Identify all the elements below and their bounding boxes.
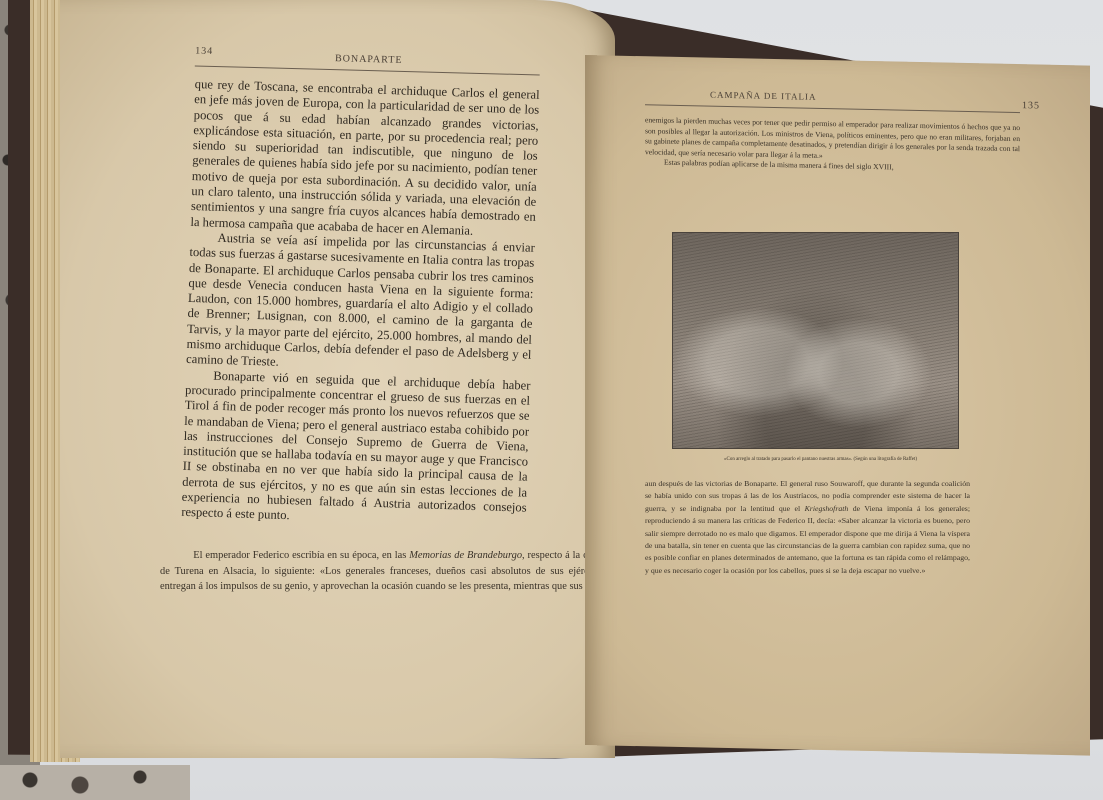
- running-head-title-right: CAMPAÑA DE ITALIA: [710, 90, 816, 102]
- right-page-bottom-text: aun después de las victorias de Bonapart…: [645, 478, 970, 577]
- left-running-head: 134 BONAPARTE: [195, 45, 540, 75]
- right-page-text: enemigos la pierden muchas veces por ten…: [645, 115, 1020, 176]
- left-page-body: 134 BONAPARTE que rey de Toscana, se enc…: [195, 50, 540, 521]
- paragraph: Bonaparte vió en seguida que el archiduq…: [181, 367, 531, 531]
- left-page-text: que rey de Toscana, se encontraba el arc…: [181, 77, 540, 531]
- body-text: de Viena imponía á los generales; reprod…: [645, 504, 970, 575]
- left-page-quote: El emperador Federico escribía en su épo…: [160, 548, 620, 595]
- running-head-title-left: BONAPARTE: [335, 53, 403, 66]
- left-page: 134 BONAPARTE que rey de Toscana, se enc…: [60, 0, 615, 758]
- page-number-right: 135: [1022, 100, 1040, 111]
- right-running-head: CAMPAÑA DE ITALIA 135: [645, 86, 1020, 113]
- illustration-caption: «Con arreglo al tratado para pasarlo el …: [683, 457, 958, 462]
- paragraph: que rey de Toscana, se encontraba el arc…: [190, 77, 540, 241]
- quote-italic-title: Memorias de Brandeburgo: [409, 550, 522, 561]
- paragraph: Austria se veía así impelida por las cir…: [186, 230, 535, 378]
- quote-text: El emperador Federico escribía en su épo…: [193, 550, 409, 561]
- floor-texture-bottom: [0, 765, 190, 800]
- body-italic-term: Kriegshofrath: [805, 504, 849, 513]
- right-page-body: CAMPAÑA DE ITALIA 135 enemigos la pierde…: [645, 86, 1020, 176]
- illustration-engraving: «Con arreglo al tratado para pasarlo el …: [672, 232, 959, 449]
- page-number-left: 134: [195, 45, 213, 56]
